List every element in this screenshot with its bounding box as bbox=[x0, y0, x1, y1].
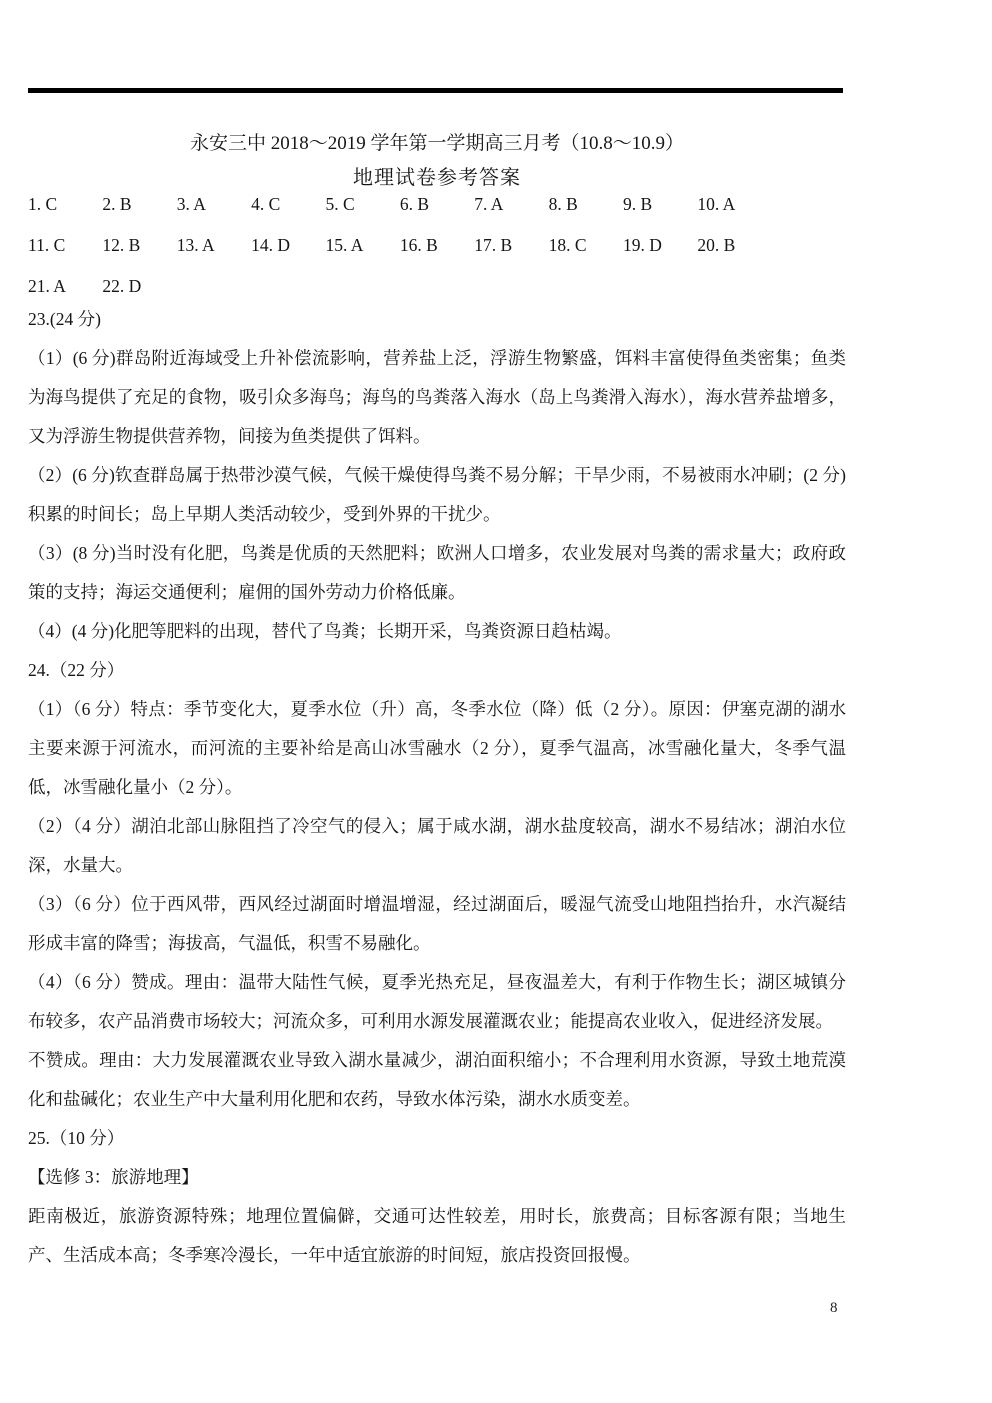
horizontal-rule bbox=[28, 88, 843, 93]
answer-item: 11. C bbox=[28, 225, 98, 266]
answer-row-2: 11. C 12. B 13. A 14. D 15. A 16. B 17. … bbox=[28, 225, 888, 266]
answer-paragraph-23-4: （4）(4 分)化肥等肥料的出现，替代了鸟粪；长期开采，鸟粪资源日趋枯竭。 bbox=[28, 612, 846, 651]
answer-item: 14. D bbox=[251, 225, 321, 266]
answer-item: 18. C bbox=[549, 225, 619, 266]
section-24-heading: 24.（22 分） bbox=[28, 651, 846, 690]
answer-item: 4. C bbox=[251, 184, 321, 225]
answer-item: 12. B bbox=[102, 225, 172, 266]
answer-item: 10. A bbox=[697, 184, 735, 225]
elective-module-label: 【选修 3：旅游地理】 bbox=[28, 1158, 846, 1197]
multiple-choice-answers: 1. C 2. B 3. A 4. C 5. C 6. B 7. A 8. B … bbox=[28, 184, 888, 307]
answer-item: 19. D bbox=[623, 225, 693, 266]
page-number: 8 bbox=[830, 1300, 838, 1317]
answer-item: 8. B bbox=[549, 184, 619, 225]
answer-item: 5. C bbox=[326, 184, 396, 225]
answer-paragraph-23-3: （3）(8 分)当时没有化肥，鸟粪是优质的天然肥料；欧洲人口增多，农业发展对鸟粪… bbox=[28, 534, 846, 612]
answer-paragraph-23-2: （2）(6 分)钦查群岛属于热带沙漠气候，气候干燥使得鸟粪不易分解；干旱少雨，不… bbox=[28, 456, 846, 534]
answer-row-1: 1. C 2. B 3. A 4. C 5. C 6. B 7. A 8. B … bbox=[28, 184, 888, 225]
exam-title: 永安三中 2018～2019 学年第一学期高三月考（10.8～10.9） bbox=[28, 128, 846, 155]
section-23-heading: 23.(24 分) bbox=[28, 300, 846, 339]
answer-item: 16. B bbox=[400, 225, 470, 266]
answer-paragraph-23-1: （1）(6 分)群岛附近海域受上升补偿流影响，营养盐上泛，浮游生物繁盛，饵料丰富… bbox=[28, 339, 846, 456]
answer-item: 15. A bbox=[326, 225, 396, 266]
answer-paragraph-24-4-disagree: 不赞成。理由：大力发展灌溉农业导致入湖水量减少，湖泊面积缩小；不合理利用水资源，… bbox=[28, 1041, 846, 1119]
answer-paragraph-24-1: （1）（6 分）特点：季节变化大，夏季水位（升）高，冬季水位（降）低（2 分）。… bbox=[28, 690, 846, 807]
answer-item: 17. B bbox=[474, 225, 544, 266]
answer-body: 23.(24 分) （1）(6 分)群岛附近海域受上升补偿流影响，营养盐上泛，浮… bbox=[28, 300, 846, 1275]
answer-paragraph-24-3: （3）（6 分）位于西风带，西风经过湖面时增温增湿，经过湖面后，暖湿气流受山地阻… bbox=[28, 885, 846, 963]
answer-paragraph-24-2: （2）（4 分）湖泊北部山脉阻挡了冷空气的侵入；属于咸水湖，湖水盐度较高，湖水不… bbox=[28, 807, 846, 885]
answer-paragraph-25: 距南极近，旅游资源特殊；地理位置偏僻，交通可达性较差，用时长，旅费高；目标客源有… bbox=[28, 1197, 846, 1275]
answer-item: 1. C bbox=[28, 184, 98, 225]
section-25-heading: 25.（10 分） bbox=[28, 1119, 846, 1158]
answer-item: 13. A bbox=[177, 225, 247, 266]
answer-item: 9. B bbox=[623, 184, 693, 225]
answer-item: 2. B bbox=[102, 184, 172, 225]
answer-item: 20. B bbox=[697, 225, 735, 266]
answer-item: 7. A bbox=[474, 184, 544, 225]
answer-item: 3. A bbox=[177, 184, 247, 225]
document-page: 永安三中 2018～2019 学年第一学期高三月考（10.8～10.9） 地理试… bbox=[0, 0, 992, 1403]
answer-item: 6. B bbox=[400, 184, 470, 225]
answer-paragraph-24-4-agree: （4）（6 分）赞成。理由：温带大陆性气候，夏季光热充足，昼夜温差大，有利于作物… bbox=[28, 963, 846, 1041]
